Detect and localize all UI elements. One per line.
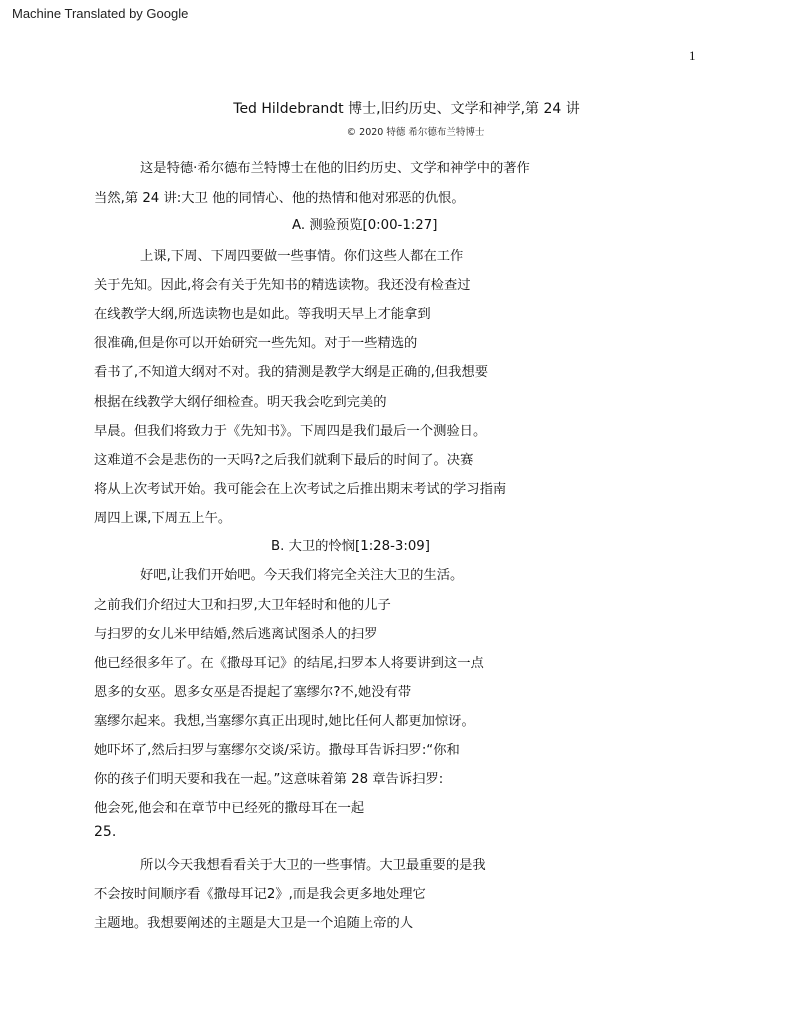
section-b-paragraph2-line: 主题地。我想要阐述的主题是大卫是一个追随上帝的人 [94,915,413,933]
copyright-notice: © 2020 特德 希尔德布兰特博士 [0,124,791,138]
section-a-line: 将从上次考试开始。我可能会在上次考试之后推出期末考试的学习指南 [94,481,506,499]
section-b-line: 塞缪尔起来。我想,当塞缪尔真正出现时,她比任何人都更加惊讶。 [94,713,475,731]
section-b-paragraph2-line: 不会按时间顺序看《撒母耳记2》,而是我会更多地处理它 [94,886,426,904]
verse-number: 25. [94,823,116,841]
section-a-line: 关于先知。因此,将会有关于先知书的精选读物。我还没有检查过 [94,277,471,295]
section-a-line: 上课,下周、下周四要做一些事情。你们这些人都在工作 [140,248,463,266]
section-heading-b: B. 大卫的怜悯[1:28-3:09] [271,538,430,556]
section-b-line: 她吓坏了,然后扫罗与塞缪尔交谈/采访。撒母耳告诉扫罗:“你和 [94,742,460,760]
intro-line-1: 这是特德·希尔德布兰特博士在他的旧约历史、文学和神学中的著作 [140,160,530,178]
section-b-line: 与扫罗的女儿米甲结婚,然后逃离试图杀人的扫罗 [94,626,377,644]
section-a-line: 这难道不会是悲伤的一天吗?之后我们就剩下最后的时间了。决赛 [94,452,473,470]
section-b-paragraph2-line: 所以今天我想看看关于大卫的一些事情。大卫最重要的是我 [140,857,486,875]
section-a-line: 早晨。但我们将致力于《先知书》。下周四是我们最后一个测验日。 [94,423,486,441]
section-b-line: 恩多的女巫。恩多女巫是否提起了塞缪尔?不,她没有带 [94,684,411,702]
section-a-line: 在线教学大纲,所选读物也是如此。等我明天早上才能拿到 [94,306,431,324]
machine-translation-banner: Machine Translated by Google [12,6,188,21]
section-b-line: 他已经很多年了。在《撒母耳记》的结尾,扫罗本人将要讲到这一点 [94,655,484,673]
section-a-line: 很准确,但是你可以开始研究一些先知。对于一些精选的 [94,335,417,353]
section-b-line: 之前我们介绍过大卫和扫罗,大卫年轻时和他的儿子 [94,597,391,615]
document-title: Ted Hildebrandt 博士,旧约历史、文学和神学,第 24 讲 [0,98,791,118]
section-heading-a: A. 测验预览[0:00-1:27] [292,217,437,235]
intro-line-2: 当然,第 24 讲:大卫 他的同情心、他的热情和他对邪恶的仇恨。 [94,190,465,208]
section-a-line: 周四上课,下周五上午。 [94,510,231,528]
section-b-line: 好吧,让我们开始吧。今天我们将完全关注大卫的生活。 [140,567,463,585]
page-number: 1 [689,48,696,64]
section-a-line: 根据在线教学大纲仔细检查。明天我会吃到完美的 [94,394,387,412]
section-b-line: 他会死,他会和在章节中已经死的撒母耳在一起 [94,800,364,818]
section-b-line: 你的孩子们明天要和我在一起。”这意味着第 28 章告诉扫罗: [94,771,443,789]
section-a-line: 看书了,不知道大纲对不对。我的猜测是教学大纲是正确的,但我想要 [94,364,488,382]
